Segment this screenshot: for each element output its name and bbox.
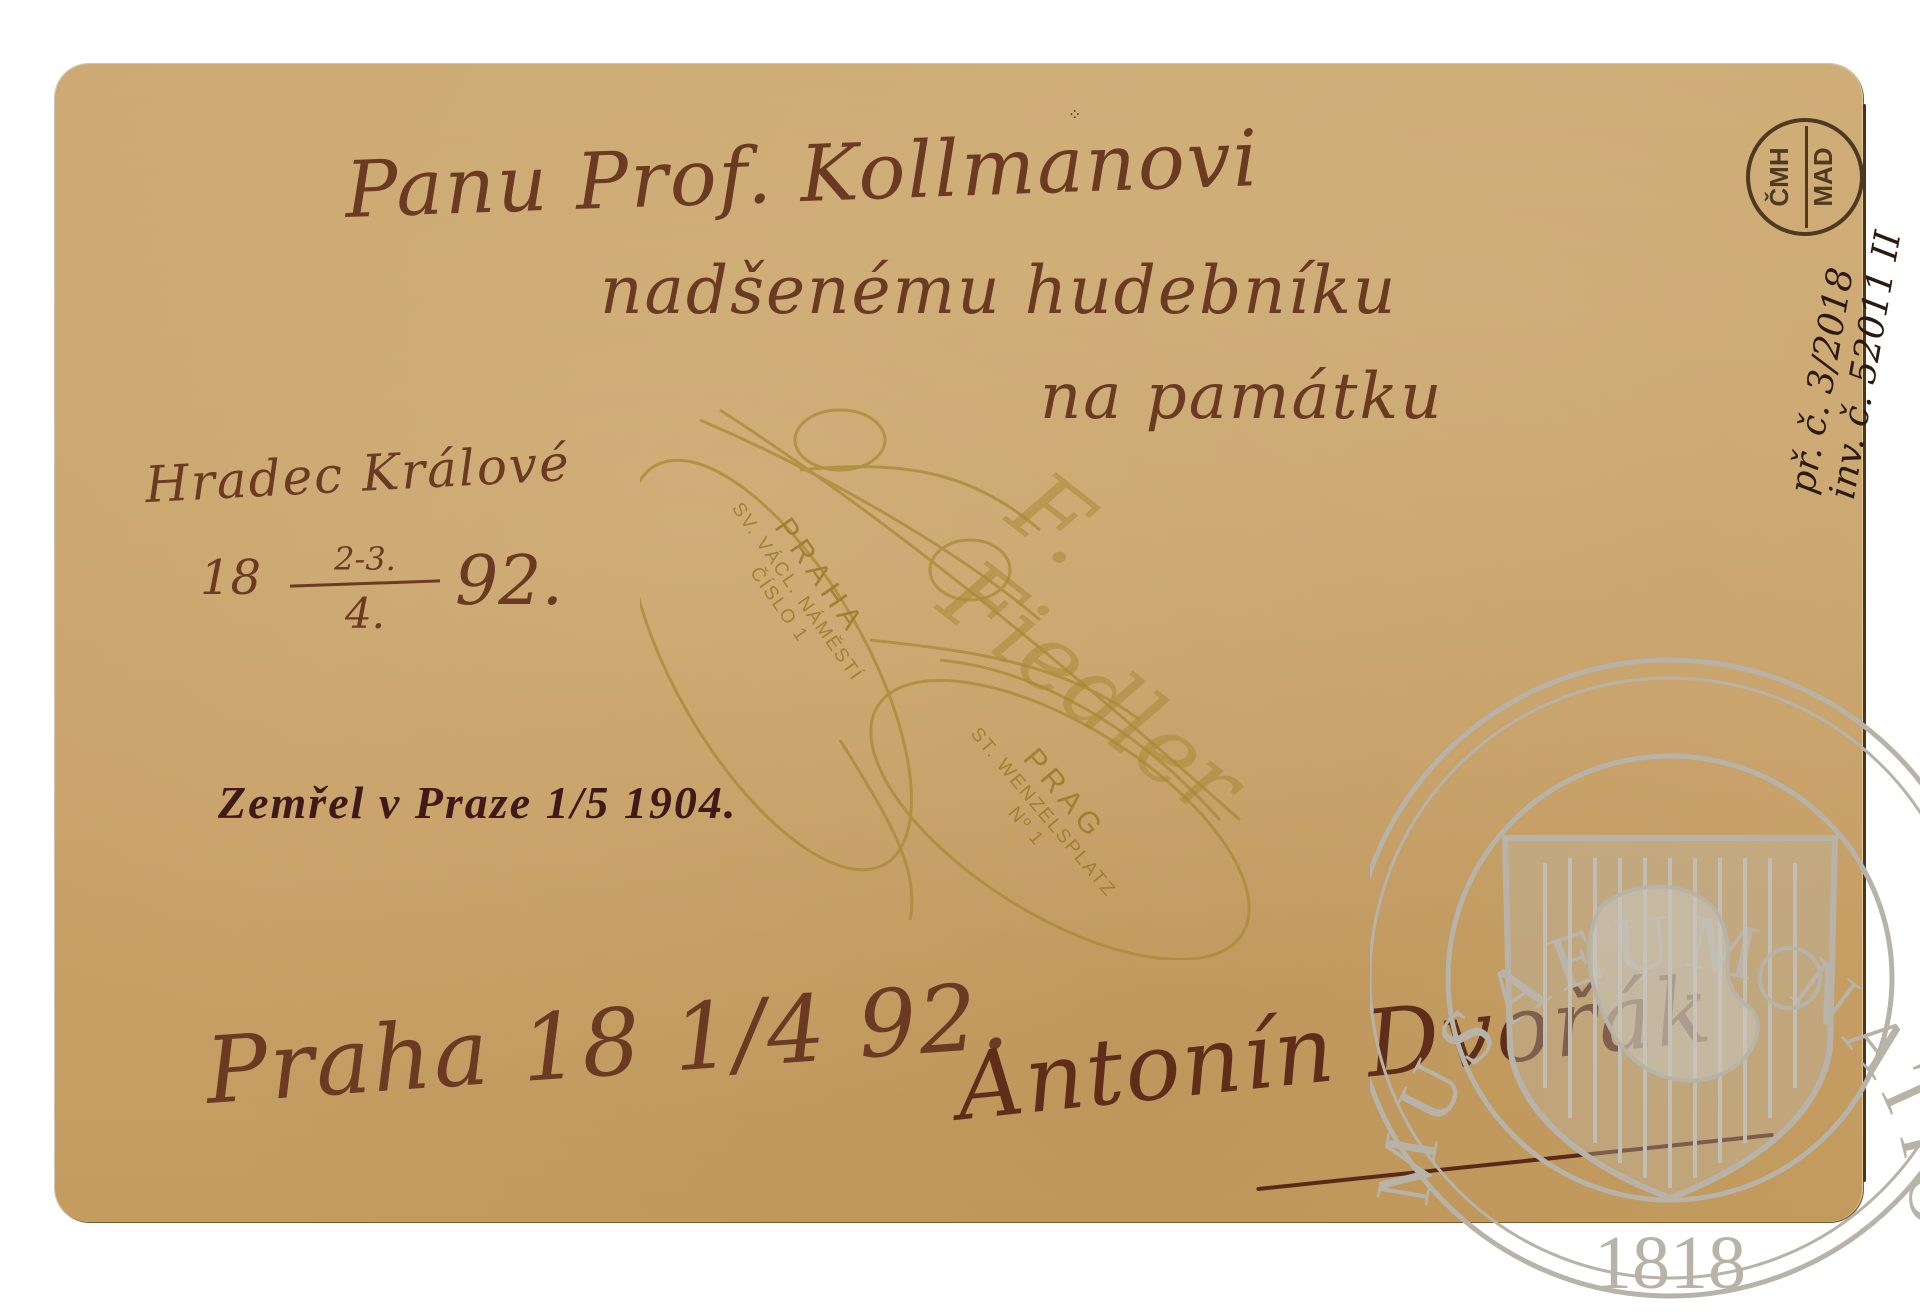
date-century: 18 xyxy=(200,550,261,606)
museum-seal: MUSAEUM NATIONALE 1818 xyxy=(1370,648,1920,1308)
date-year: 92. xyxy=(455,542,563,621)
lion-shield-icon xyxy=(1505,838,1835,1198)
svg-text:1818: 1818 xyxy=(1594,1221,1746,1305)
date-month: 4. xyxy=(290,589,440,638)
dedication-line-2: nadšenému hudebníku xyxy=(600,252,1397,329)
date-fraction: 2-3. 4. xyxy=(290,540,440,638)
museum-seal-icon: MUSAEUM NATIONALE 1818 xyxy=(1370,648,1920,1308)
archive-stamp: ČMH MAD xyxy=(1746,118,1864,236)
fraction-bar xyxy=(290,579,440,587)
photographer-stamp: F. Fiedler PRAHA SV. VÁCL. NÁMĚSTÍ ČÍSLO… xyxy=(640,400,1320,960)
archive-stamp-line-1: ČMH xyxy=(1764,122,1795,232)
date-days: 2-3. xyxy=(290,540,440,578)
archive-stamp-line-2: MAD xyxy=(1808,122,1839,232)
